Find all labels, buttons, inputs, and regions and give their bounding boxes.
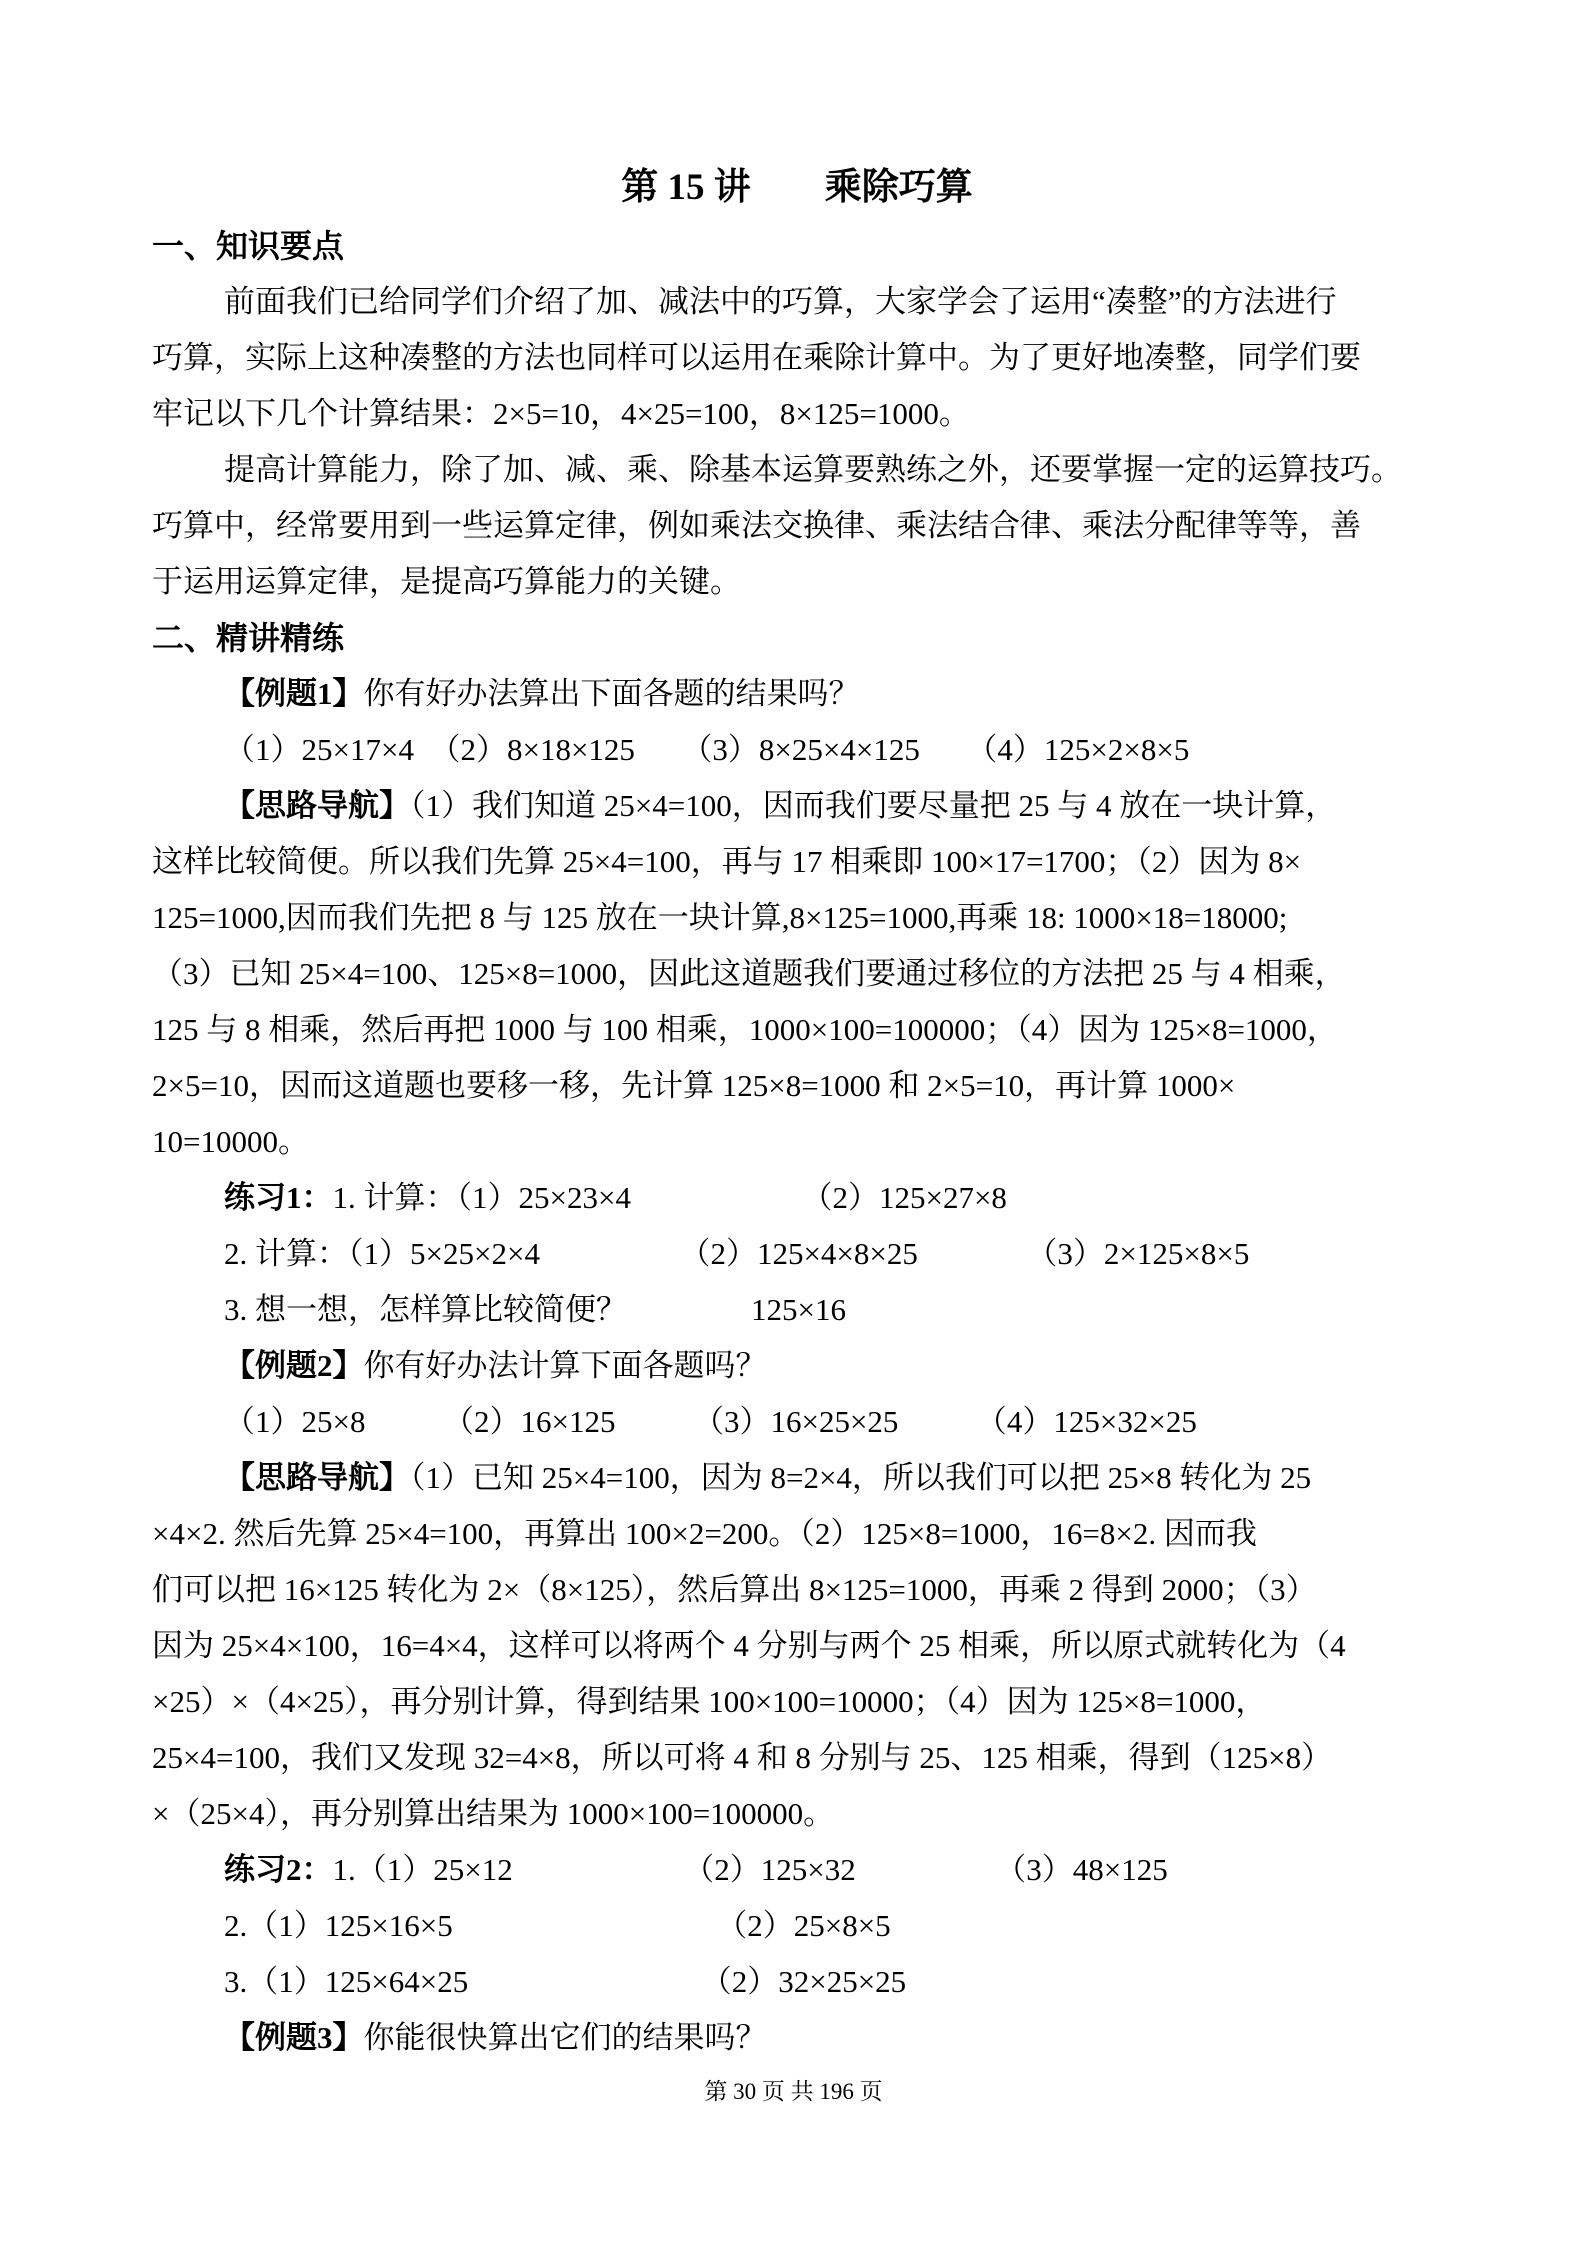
document-page: 第 15 讲 乘除巧算 一、知识要点 前面我们已给同学们介绍了加、减法中的巧算，… xyxy=(0,0,1587,2245)
nav1-line: 125 与 8 相乘，然后再把 1000 与 100 相乘，1000×100=1… xyxy=(152,1002,1522,1058)
document-title: 第 15 讲 乘除巧算 xyxy=(152,158,1442,218)
paragraph-line: 巧算中，经常要用到一些运算定律，例如乘法交换律、乘法结合律、乘法分配律等等，善 xyxy=(152,498,1522,554)
exercise1-label: 练习1： xyxy=(224,1180,333,1215)
paragraph-line: 提高计算能力，除了加、减、乘、除基本运算要熟练之外，还要掌握一定的运算技巧。 xyxy=(152,442,1522,498)
nav2-line: ×4×2. 然后先算 25×4=100，再算出 100×2=200。（2）125… xyxy=(152,1506,1522,1562)
example2-line: 【例题2】你有好办法计算下面各题吗？ xyxy=(152,1338,1522,1394)
section2-heading: 二、精讲精练 xyxy=(152,610,1522,666)
nav1-intro: （1）我们知道 25×4=100，因而我们要尽量把 25 与 4 放在一块计算， xyxy=(410,788,1336,823)
nav1-line: 这样比较简便。所以我们先算 25×4=100，再与 17 相乘即 100×17=… xyxy=(152,834,1522,890)
exercise2-line: 3.（1）125×64×25 （2）32×25×25 xyxy=(152,1954,1522,2010)
nav1-line: 2×5=10，因而这道题也要移一移，先计算 125×8=1000 和 2×5=1… xyxy=(152,1058,1522,1114)
example1-question: 你有好办法算出下面各题的结果吗？ xyxy=(364,676,860,711)
nav2-label: 【思路导航】 xyxy=(224,1460,410,1495)
exercise1-first: 1. 计算：（1）25×23×4 （2）125×27×8 xyxy=(333,1180,1007,1215)
paragraph-line: 牢记以下几个计算结果：2×5=10，4×25=100，8×125=1000。 xyxy=(152,386,1522,442)
nav2-line: 们可以把 16×125 转化为 2×（8×125），然后算出 8×125=100… xyxy=(152,1562,1522,1618)
nav1-line: （3）已知 25×4=100、125×8=1000，因此这道题我们要通过移位的方… xyxy=(152,946,1522,1002)
nav2-line: 25×4=100，我们又发现 32=4×8，所以可将 4 和 8 分别与 25、… xyxy=(152,1730,1522,1786)
example3-label: 【例题3】 xyxy=(224,2020,364,2055)
nav1-line: 【思路导航】（1）我们知道 25×4=100，因而我们要尽量把 25 与 4 放… xyxy=(152,778,1522,834)
paragraph-line: 巧算，实际上这种凑整的方法也同样可以运用在乘除计算中。为了更好地凑整，同学们要 xyxy=(152,330,1522,386)
exercise2-first: 1.（1）25×12 （2）125×32 （3）48×125 xyxy=(333,1852,1168,1887)
example1-problems: （1）25×17×4 （2）8×18×125 （3）8×25×4×125 （4）… xyxy=(152,722,1522,778)
exercise2-label: 练习2： xyxy=(224,1852,333,1887)
example2-label: 【例题2】 xyxy=(224,1348,364,1383)
exercise2-line: 2.（1）125×16×5 （2）25×8×5 xyxy=(152,1898,1522,1954)
page-footer: 第 30 页 共 196 页 xyxy=(0,2072,1587,2112)
example2-problems: （1）25×8 （2）16×125 （3）16×25×25 （4）125×32×… xyxy=(152,1394,1522,1450)
nav2-line: ×（25×4），再分别算出结果为 1000×100=100000。 xyxy=(152,1786,1522,1842)
exercise1-line: 2. 计算：（1）5×25×2×4 （2）125×4×8×25 （3）2×125… xyxy=(152,1226,1522,1282)
nav1-line: 125=1000,因而我们先把 8 与 125 放在一块计算,8×125=100… xyxy=(152,890,1522,946)
example3-line: 【例题3】你能很快算出它们的结果吗？ xyxy=(152,2010,1522,2066)
paragraph-line: 于运用运算定律，是提高巧算能力的关键。 xyxy=(152,554,1522,610)
exercise1-line: 3. 想一想，怎样算比较简便？ 125×16 xyxy=(152,1282,1522,1338)
nav2-line: ×25）×（4×25），再分别计算，得到结果 100×100=10000；（4）… xyxy=(152,1674,1522,1730)
nav2-line: 【思路导航】（1）已知 25×4=100，因为 8=2×4，所以我们可以把 25… xyxy=(152,1450,1522,1506)
nav2-line: 因为 25×4×100，16=4×4，这样可以将两个 4 分别与两个 25 相乘… xyxy=(152,1618,1522,1674)
example1-line: 【例题1】你有好办法算出下面各题的结果吗？ xyxy=(152,666,1522,722)
example2-question: 你有好办法计算下面各题吗？ xyxy=(364,1348,767,1383)
exercise2-line: 练习2：1.（1）25×12 （2）125×32 （3）48×125 xyxy=(152,1842,1522,1898)
section1-heading: 一、知识要点 xyxy=(152,218,1522,274)
document-content: 第 15 讲 乘除巧算 一、知识要点 前面我们已给同学们介绍了加、减法中的巧算，… xyxy=(152,158,1522,2066)
paragraph-line: 前面我们已给同学们介绍了加、减法中的巧算，大家学会了运用“凑整”的方法进行 xyxy=(152,274,1522,330)
exercise1-line: 练习1：1. 计算：（1）25×23×4 （2）125×27×8 xyxy=(152,1170,1522,1226)
nav2-intro: （1）已知 25×4=100，因为 8=2×4，所以我们可以把 25×8 转化为… xyxy=(410,1460,1311,1495)
nav1-line: 10=10000。 xyxy=(152,1114,1522,1170)
example3-question: 你能很快算出它们的结果吗？ xyxy=(364,2020,767,2055)
example1-label: 【例题1】 xyxy=(224,676,364,711)
nav1-label: 【思路导航】 xyxy=(224,788,410,823)
